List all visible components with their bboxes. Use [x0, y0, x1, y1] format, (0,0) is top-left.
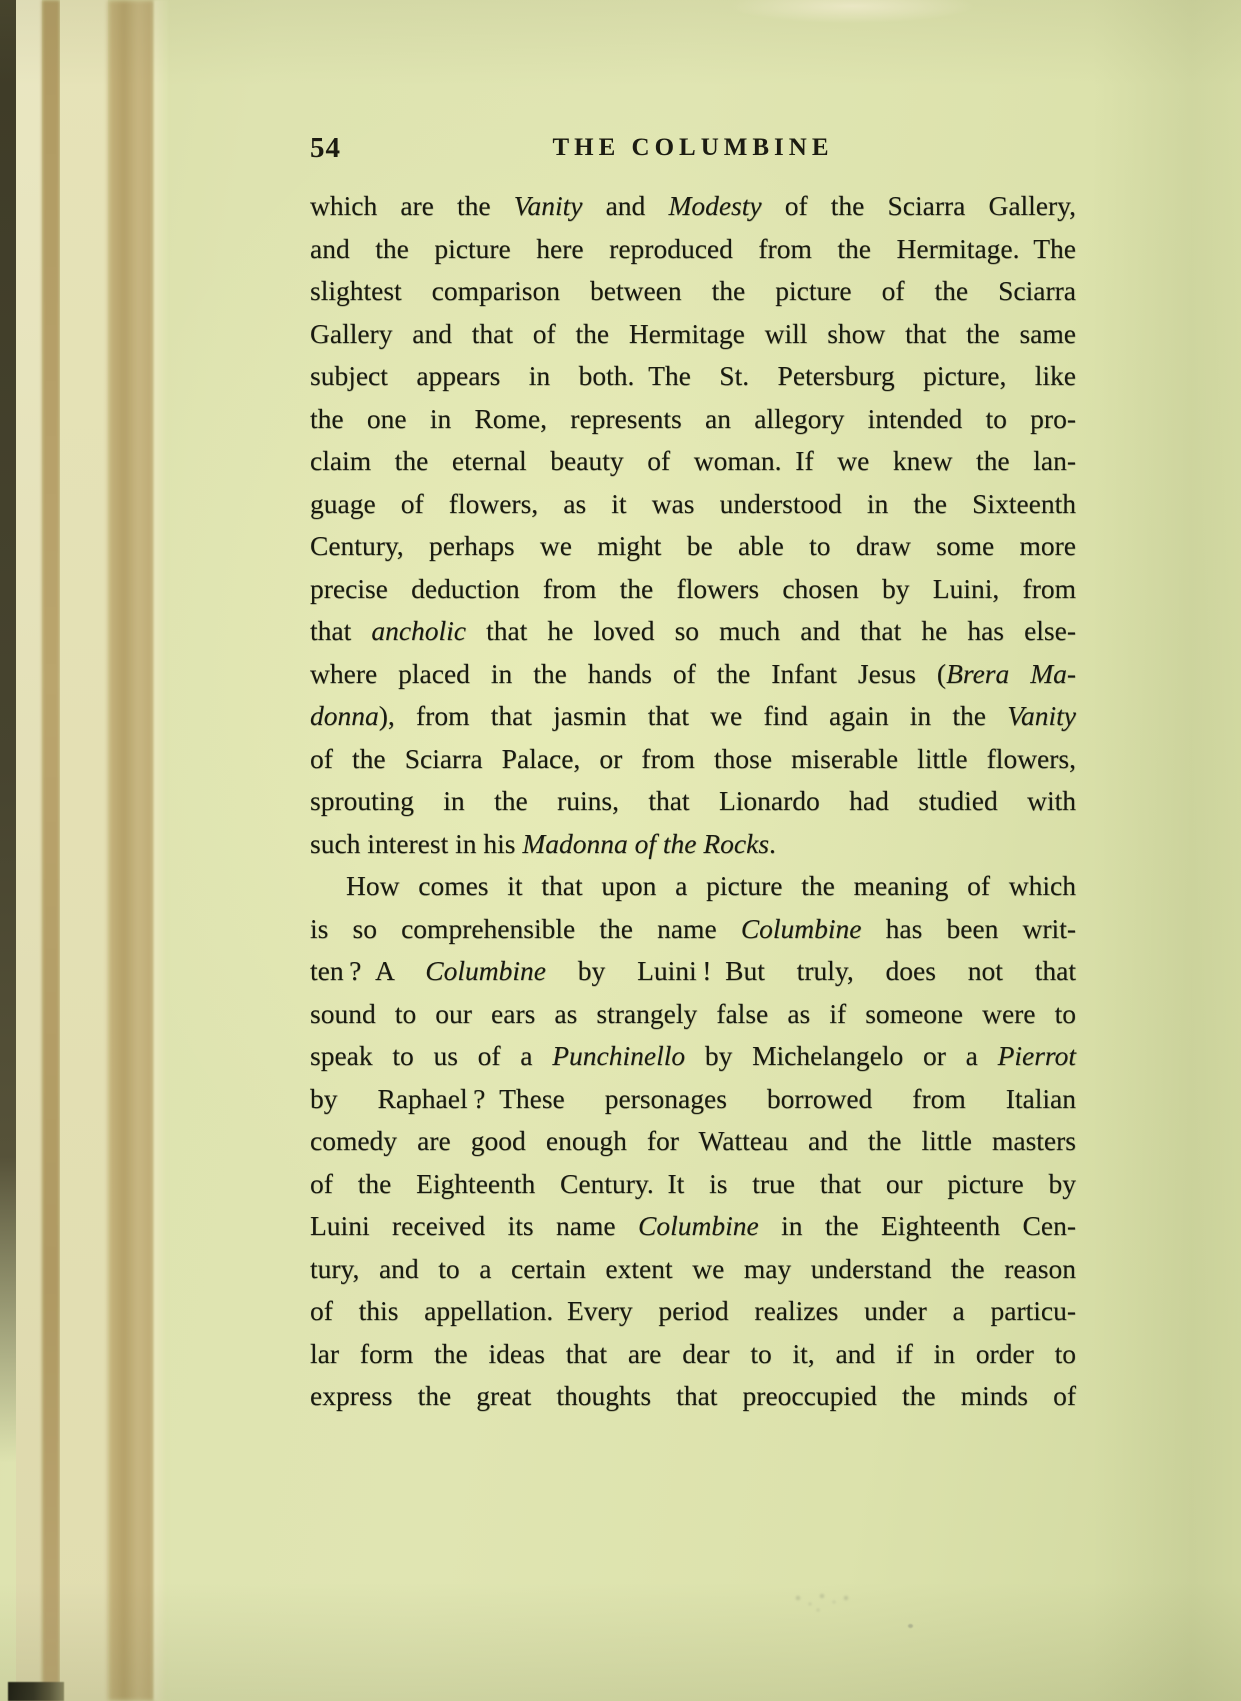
text-line: sprouting in the ruins, that Lionardo ha…: [310, 780, 1076, 823]
text-line: precise deduction from the flowers chose…: [310, 568, 1076, 611]
text-line: tury, and to a certain extent we may und…: [310, 1248, 1076, 1291]
text-line: of this appellation. Every period realiz…: [310, 1290, 1076, 1333]
text-line: Luini received its name Columbine in the…: [310, 1205, 1076, 1248]
text-line: slightest comparison between the picture…: [310, 270, 1076, 313]
text-line: subject appears in both. The St. Petersb…: [310, 355, 1076, 398]
pencil-smudge: [788, 1588, 856, 1618]
paragraph: How comes it that upon a picture the mea…: [310, 865, 1076, 1418]
text-line: the one in Rome, represents an allegory …: [310, 398, 1076, 441]
text-line: claim the eternal beauty of woman. If we…: [310, 440, 1076, 483]
text-line: guage of flowers, as it was understood i…: [310, 483, 1076, 526]
text-line: Century, perhaps we might be able to dra…: [310, 525, 1076, 568]
text-line: of the Sciarra Palace, or from those mis…: [310, 738, 1076, 781]
book-cover-edge: [0, 0, 16, 1701]
text-line: ten ? A Columbine by Luini ! But truly, …: [310, 950, 1076, 993]
gutter-shadow-line: [42, 0, 60, 1701]
text-line: by Raphael ? These personages borrowed f…: [310, 1078, 1076, 1121]
text-line: and the picture here reproduced from the…: [310, 228, 1076, 271]
text-line: such interest in his Madonna of the Rock…: [310, 823, 1076, 866]
text-line: of the Eighteenth Century. It is true th…: [310, 1163, 1076, 1206]
book-page-photo: 54 THE COLUMBINE which are the Vanity an…: [0, 0, 1241, 1701]
text-line: is so comprehensible the name Columbine …: [310, 908, 1076, 951]
page-edge-stack: [16, 0, 42, 1701]
running-head: THE COLUMBINE: [310, 134, 1076, 162]
gutter-shadow-band: [108, 0, 154, 1701]
paragraph: which are the Vanity and Modesty of the …: [310, 185, 1076, 865]
text-line: where placed in the hands of the Infant …: [310, 653, 1076, 696]
paper-speck: [908, 1624, 913, 1628]
text-line: Gallery and that of the Hermitage will s…: [310, 313, 1076, 356]
text-block: which are the Vanity and Modesty of the …: [310, 185, 1076, 1418]
page-edge-stack: [60, 0, 108, 1701]
text-line: that ancholic that he loved so much and …: [310, 610, 1076, 653]
text-line: lar form the ideas that are dear to it, …: [310, 1333, 1076, 1376]
text-line: express the great thoughts that preoccup…: [310, 1375, 1076, 1418]
background-surface-corner: [8, 1682, 64, 1701]
text-line: which are the Vanity and Modesty of the …: [310, 185, 1076, 228]
page-header: 54 THE COLUMBINE: [310, 128, 1076, 170]
text-line: How comes it that upon a picture the mea…: [310, 865, 1076, 908]
text-line: donna), from that jasmin that we find ag…: [310, 695, 1076, 738]
text-line: speak to us of a Punchinello by Michelan…: [310, 1035, 1076, 1078]
page-fold-edge: [154, 0, 168, 1701]
text-line: sound to our ears as strangely false as …: [310, 993, 1076, 1036]
text-line: comedy are good enough for Watteau and t…: [310, 1120, 1076, 1163]
